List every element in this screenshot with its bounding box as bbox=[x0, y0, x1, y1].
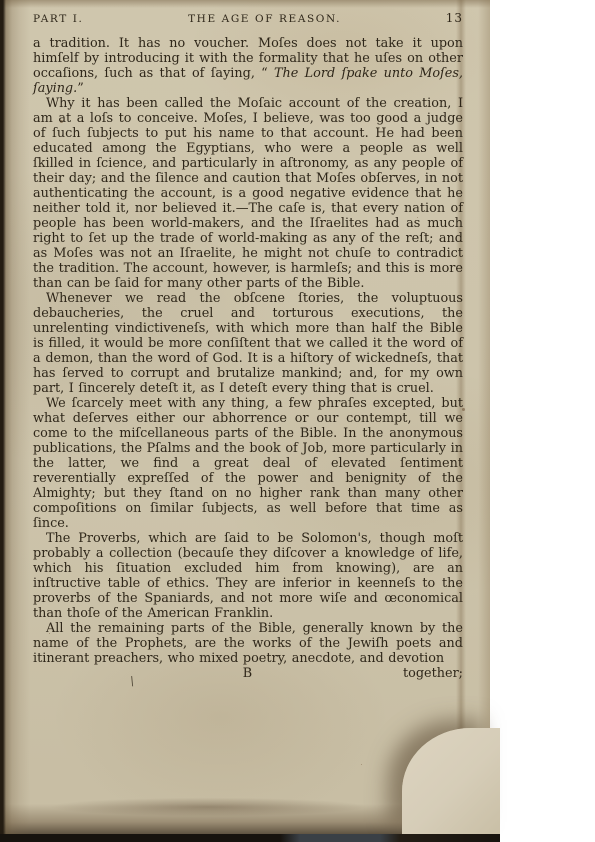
printed-text-block: PART I. THE AGE OF REASON. 13 a traditio… bbox=[33, 11, 463, 681]
paragraph: Why it has been called the Moſaic accoun… bbox=[33, 96, 463, 291]
curled-page-corner bbox=[402, 728, 500, 834]
paper-top-edge-shading bbox=[0, 0, 490, 8]
paragraph-text: Why it has been called the Moſaic accoun… bbox=[33, 96, 463, 291]
binding-edge-shading bbox=[0, 0, 30, 834]
paper-right-edge-shading bbox=[478, 0, 490, 834]
running-head-section: PART I. bbox=[33, 13, 83, 25]
paragraph-text: All the remaining parts of the Bible, ge… bbox=[33, 621, 463, 666]
signature-line: \ B together; bbox=[33, 666, 463, 681]
scan-background-bottom-band bbox=[0, 834, 500, 842]
paragraph-text: The Proverbs, which are ſaid to be Solom… bbox=[33, 531, 463, 621]
scanned-book-page: PART I. THE AGE OF REASON. 13 a traditio… bbox=[0, 0, 595, 842]
paragraph: All the remaining parts of the Bible, ge… bbox=[33, 621, 463, 666]
paragraph: We ſcarcely meet with any thing, a few p… bbox=[33, 396, 463, 531]
paragraph-text: Whenever we read the obſcene ſtories, th… bbox=[33, 291, 463, 396]
paragraph: Whenever we read the obſcene ſtories, th… bbox=[33, 291, 463, 396]
page-number: 13 bbox=[446, 11, 463, 25]
running-head: PART I. THE AGE OF REASON. 13 bbox=[33, 11, 463, 25]
paragraph-text: We ſcarcely meet with any thing, a few p… bbox=[33, 396, 463, 531]
paragraph-text: ” bbox=[77, 81, 84, 96]
running-head-title: THE AGE OF REASON. bbox=[83, 13, 445, 25]
paragraph: a tradition. It has no voucher. Moſes do… bbox=[33, 36, 463, 96]
signature-mark: B bbox=[33, 666, 463, 681]
paragraph: The Proverbs, which are ſaid to be Solom… bbox=[33, 531, 463, 621]
paper-sheet: PART I. THE AGE OF REASON. 13 a traditio… bbox=[0, 0, 490, 834]
catchword: together; bbox=[403, 666, 463, 681]
body-text: a tradition. It has no voucher. Moſes do… bbox=[33, 36, 463, 666]
